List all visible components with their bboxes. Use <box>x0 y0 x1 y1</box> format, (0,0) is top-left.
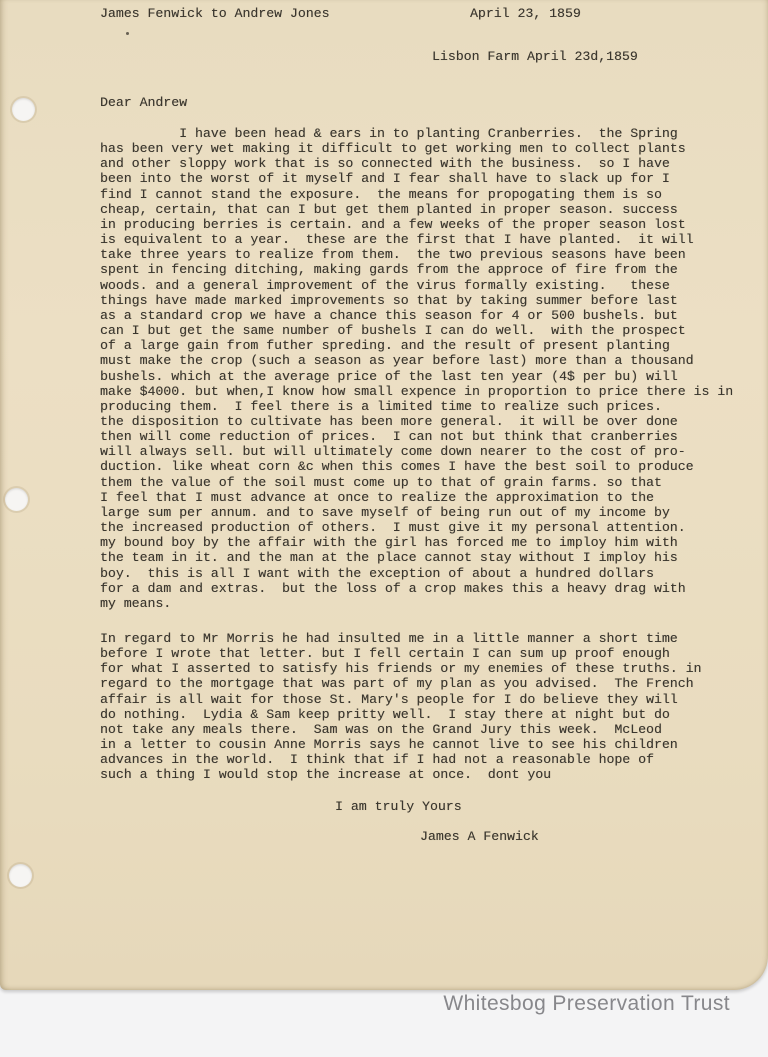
letter-line: them the value of the soil must come up … <box>100 475 733 490</box>
letter-line: advances in the world. I think that if I… <box>100 752 701 767</box>
letter-line: been into the worst of it myself and I f… <box>100 171 733 186</box>
letter-line: has been very wet making it difficult to… <box>100 141 733 156</box>
header-date: April 23, 1859 <box>470 6 581 21</box>
letter-line: I feel that I must advance at once to re… <box>100 490 733 505</box>
letter-line: things have made marked improvements so … <box>100 293 733 308</box>
letter-line: and other sloppy work that is so connect… <box>100 156 733 171</box>
letter-line: In regard to Mr Morris he had insulted m… <box>100 631 701 646</box>
letter-line: my means. <box>100 596 733 611</box>
letter-line: the increased production of others. I mu… <box>100 520 733 535</box>
dateline: Lisbon Farm April 23d,1859 <box>432 49 638 64</box>
valediction: I am truly Yours <box>335 799 462 814</box>
page-background: { "letter": { "header_left": "James Fenw… <box>0 0 768 1057</box>
letter-line: I have been head & ears in to planting C… <box>100 126 733 141</box>
letter-line: for what I asserted to satisfy his frien… <box>100 661 701 676</box>
letter-line: such a thing I would stop the increase a… <box>100 767 701 782</box>
salutation: Dear Andrew <box>100 95 187 110</box>
letter-line: in a letter to cousin Anne Morris says h… <box>100 737 701 752</box>
letter-line: for a dam and extras. but the loss of a … <box>100 581 733 596</box>
letter-line: will always sell. but will ultimately co… <box>100 444 733 459</box>
letter-line: boy. this is all I want with the excepti… <box>100 566 733 581</box>
letter-line: large sum per annum. and to save myself … <box>100 505 733 520</box>
letter-line: find I cannot stand the exposure. the me… <box>100 187 733 202</box>
letter-line: as a standard crop we have a chance this… <box>100 308 733 323</box>
letter-line: regard to the mortgage that was part of … <box>100 676 701 691</box>
letter-line: can I but get the same number of bushels… <box>100 323 733 338</box>
letter-line: of a large gain from futher spreding. an… <box>100 338 733 353</box>
letter-line: spent in fencing ditching, making gards … <box>100 262 733 277</box>
letter-line: do nothing. Lydia & Sam keep pritty well… <box>100 707 701 722</box>
letter-line: before I wrote that letter. but I fell c… <box>100 646 701 661</box>
letter-line: then will come reduction of prices. I ca… <box>100 429 733 444</box>
letter-line: take three years to realize from them. t… <box>100 247 733 262</box>
letter-line: my bound boy by the affair with the girl… <box>100 535 733 550</box>
letter-line: duction. like wheat corn &c when this co… <box>100 459 733 474</box>
letter-line: the team in it. and the man at the place… <box>100 550 733 565</box>
header-correspondents: James Fenwick to Andrew Jones <box>100 6 330 21</box>
letter-line: is equivalent to a year. these are the f… <box>100 232 733 247</box>
letter-line: not take any meals there. Sam was on the… <box>100 722 701 737</box>
ink-speck <box>126 32 129 35</box>
letter-line: producing them. I feel there is a limite… <box>100 399 733 414</box>
letter-line: bushels. which at the average price of t… <box>100 369 733 384</box>
letter-line: the disposition to cultivate has been mo… <box>100 414 733 429</box>
letter-line: in producing berries is certain. and a f… <box>100 217 733 232</box>
letter-line: must make the crop (such a season as yea… <box>100 353 733 368</box>
watermark-text: Whitesbog Preservation Trust <box>443 992 730 1016</box>
letter-line: affair is all wait for those St. Mary's … <box>100 692 701 707</box>
signature: James A Fenwick <box>420 829 539 844</box>
letter-paragraph-1: I have been head & ears in to planting C… <box>100 126 733 611</box>
punch-hole-middle <box>5 488 28 511</box>
letter-line: woods. and a general improvement of the … <box>100 278 733 293</box>
punch-hole-bottom <box>9 864 32 887</box>
punch-hole-top <box>12 98 35 121</box>
letter-line: cheap, certain, that can I but get them … <box>100 202 733 217</box>
letter-line: make $4000. but when,I know how small ex… <box>100 384 733 399</box>
letter-paragraph-2: In regard to Mr Morris he had insulted m… <box>100 631 701 783</box>
